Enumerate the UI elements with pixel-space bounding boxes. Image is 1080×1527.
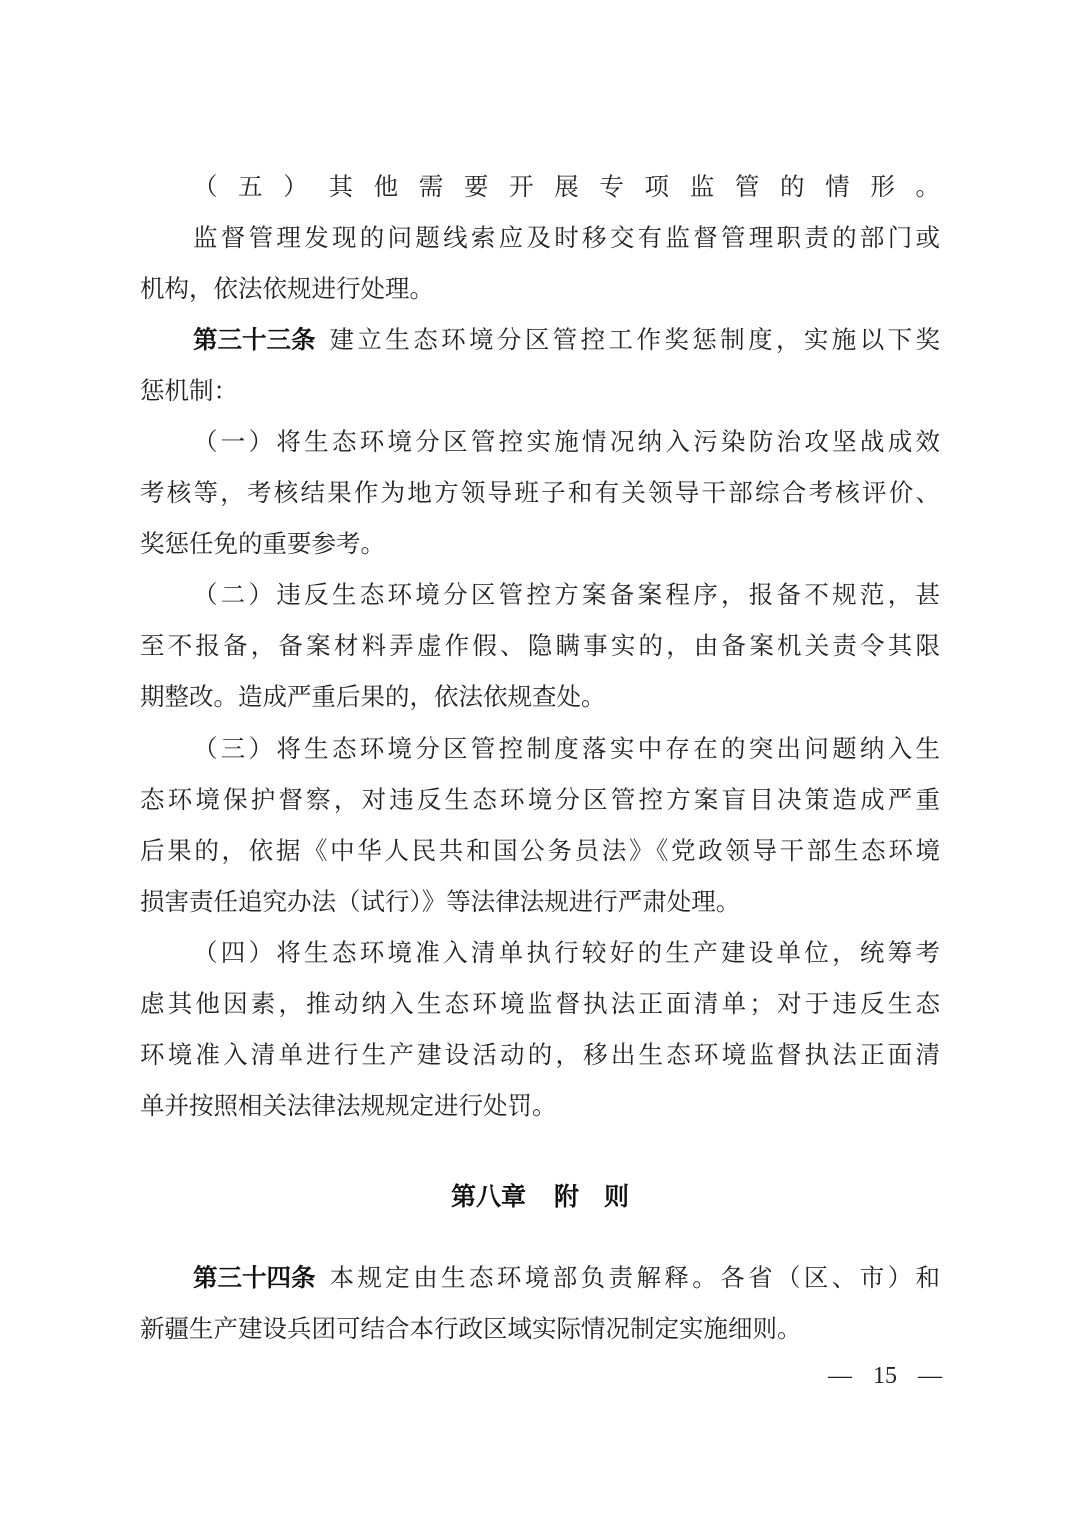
item-one-line-3: 奖惩任免的重要参考。 xyxy=(140,524,940,564)
item-two-line-1: （二）违反生态环境分区管控方案备案程序，报备不规范，甚 xyxy=(193,575,940,615)
article-33-text: 建立生态环境分区管控工作奖惩制度，实施以下奖 xyxy=(330,320,941,360)
item-three-line-4: 损害责任追究办法（试行）》等法律法规进行严肃处理。 xyxy=(140,882,940,922)
item-one-line-1: （一）将生态环境分区管控实施情况纳入污染防治攻坚战成效 xyxy=(193,422,940,462)
page-number-dash-right: — xyxy=(918,1360,942,1392)
item-three-line-3: 后果的，依据《中华人民共和国公务员法》《党政领导干部生态环境 xyxy=(140,831,940,871)
item-four-line-3: 环境准入清单进行生产建设活动的，移出生态环境监督执法正面清 xyxy=(140,1035,940,1075)
article-33-label: 第三十三条 xyxy=(193,320,316,360)
paragraph-line-2: 机构，依法依规进行处理。 xyxy=(140,269,940,309)
article-34-label: 第三十四条 xyxy=(193,1258,316,1298)
article-34-line-2: 新疆生产建设兵团可结合本行政区域实际情况制定实施细则。 xyxy=(140,1309,940,1349)
item-one-line-2: 考核等，考核结果作为地方领导班子和有关领导干部综合考核评价、 xyxy=(140,473,940,513)
chapter-title: 附 则 xyxy=(554,1182,629,1211)
page-number-value: 15 xyxy=(873,1360,897,1392)
chapter-heading: 第八章附 则 xyxy=(0,1177,1080,1217)
item-four-line-1: （四）将生态环境准入清单执行较好的生产建设单位，统筹考 xyxy=(193,933,940,973)
article-33-line-1: 第三十三条 建立生态环境分区管控工作奖惩制度，实施以下奖 xyxy=(193,320,940,360)
page-number: — 15 — xyxy=(828,1360,942,1392)
item-four-line-4: 单并按照相关法律法规规定进行处罚。 xyxy=(140,1086,940,1126)
item-three-line-2: 态环境保护督察，对违反生态环境分区管控方案盲目决策造成严重 xyxy=(140,780,940,820)
article-33-line-2: 惩机制： xyxy=(140,371,940,411)
article-34-line-1: 第三十四条 本规定由生态环境部负责解释。各省（区、市）和 xyxy=(193,1258,940,1298)
item-five-line-1: （五）其他需要开展专项监管的情形。 xyxy=(193,167,940,207)
chapter-label: 第八章 xyxy=(451,1182,526,1211)
page-number-dash-left: — xyxy=(828,1360,852,1392)
article-34-text: 本规定由生态环境部负责解释。各省（区、市）和 xyxy=(330,1258,941,1298)
item-three-line-1: （三）将生态环境分区管控制度落实中存在的突出问题纳入生 xyxy=(193,729,940,769)
item-two-line-2: 至不报备，备案材料弄虚作假、隐瞒事实的，由备案机关责令其限 xyxy=(140,626,940,666)
paragraph-line-1: 监督管理发现的问题线索应及时移交有监督管理职责的部门或 xyxy=(193,218,940,258)
item-two-line-3: 期整改。造成严重后果的，依法依规查处。 xyxy=(140,677,940,717)
item-four-line-2: 虑其他因素，推动纳入生态环境监督执法正面清单；对于违反生态 xyxy=(140,984,940,1024)
